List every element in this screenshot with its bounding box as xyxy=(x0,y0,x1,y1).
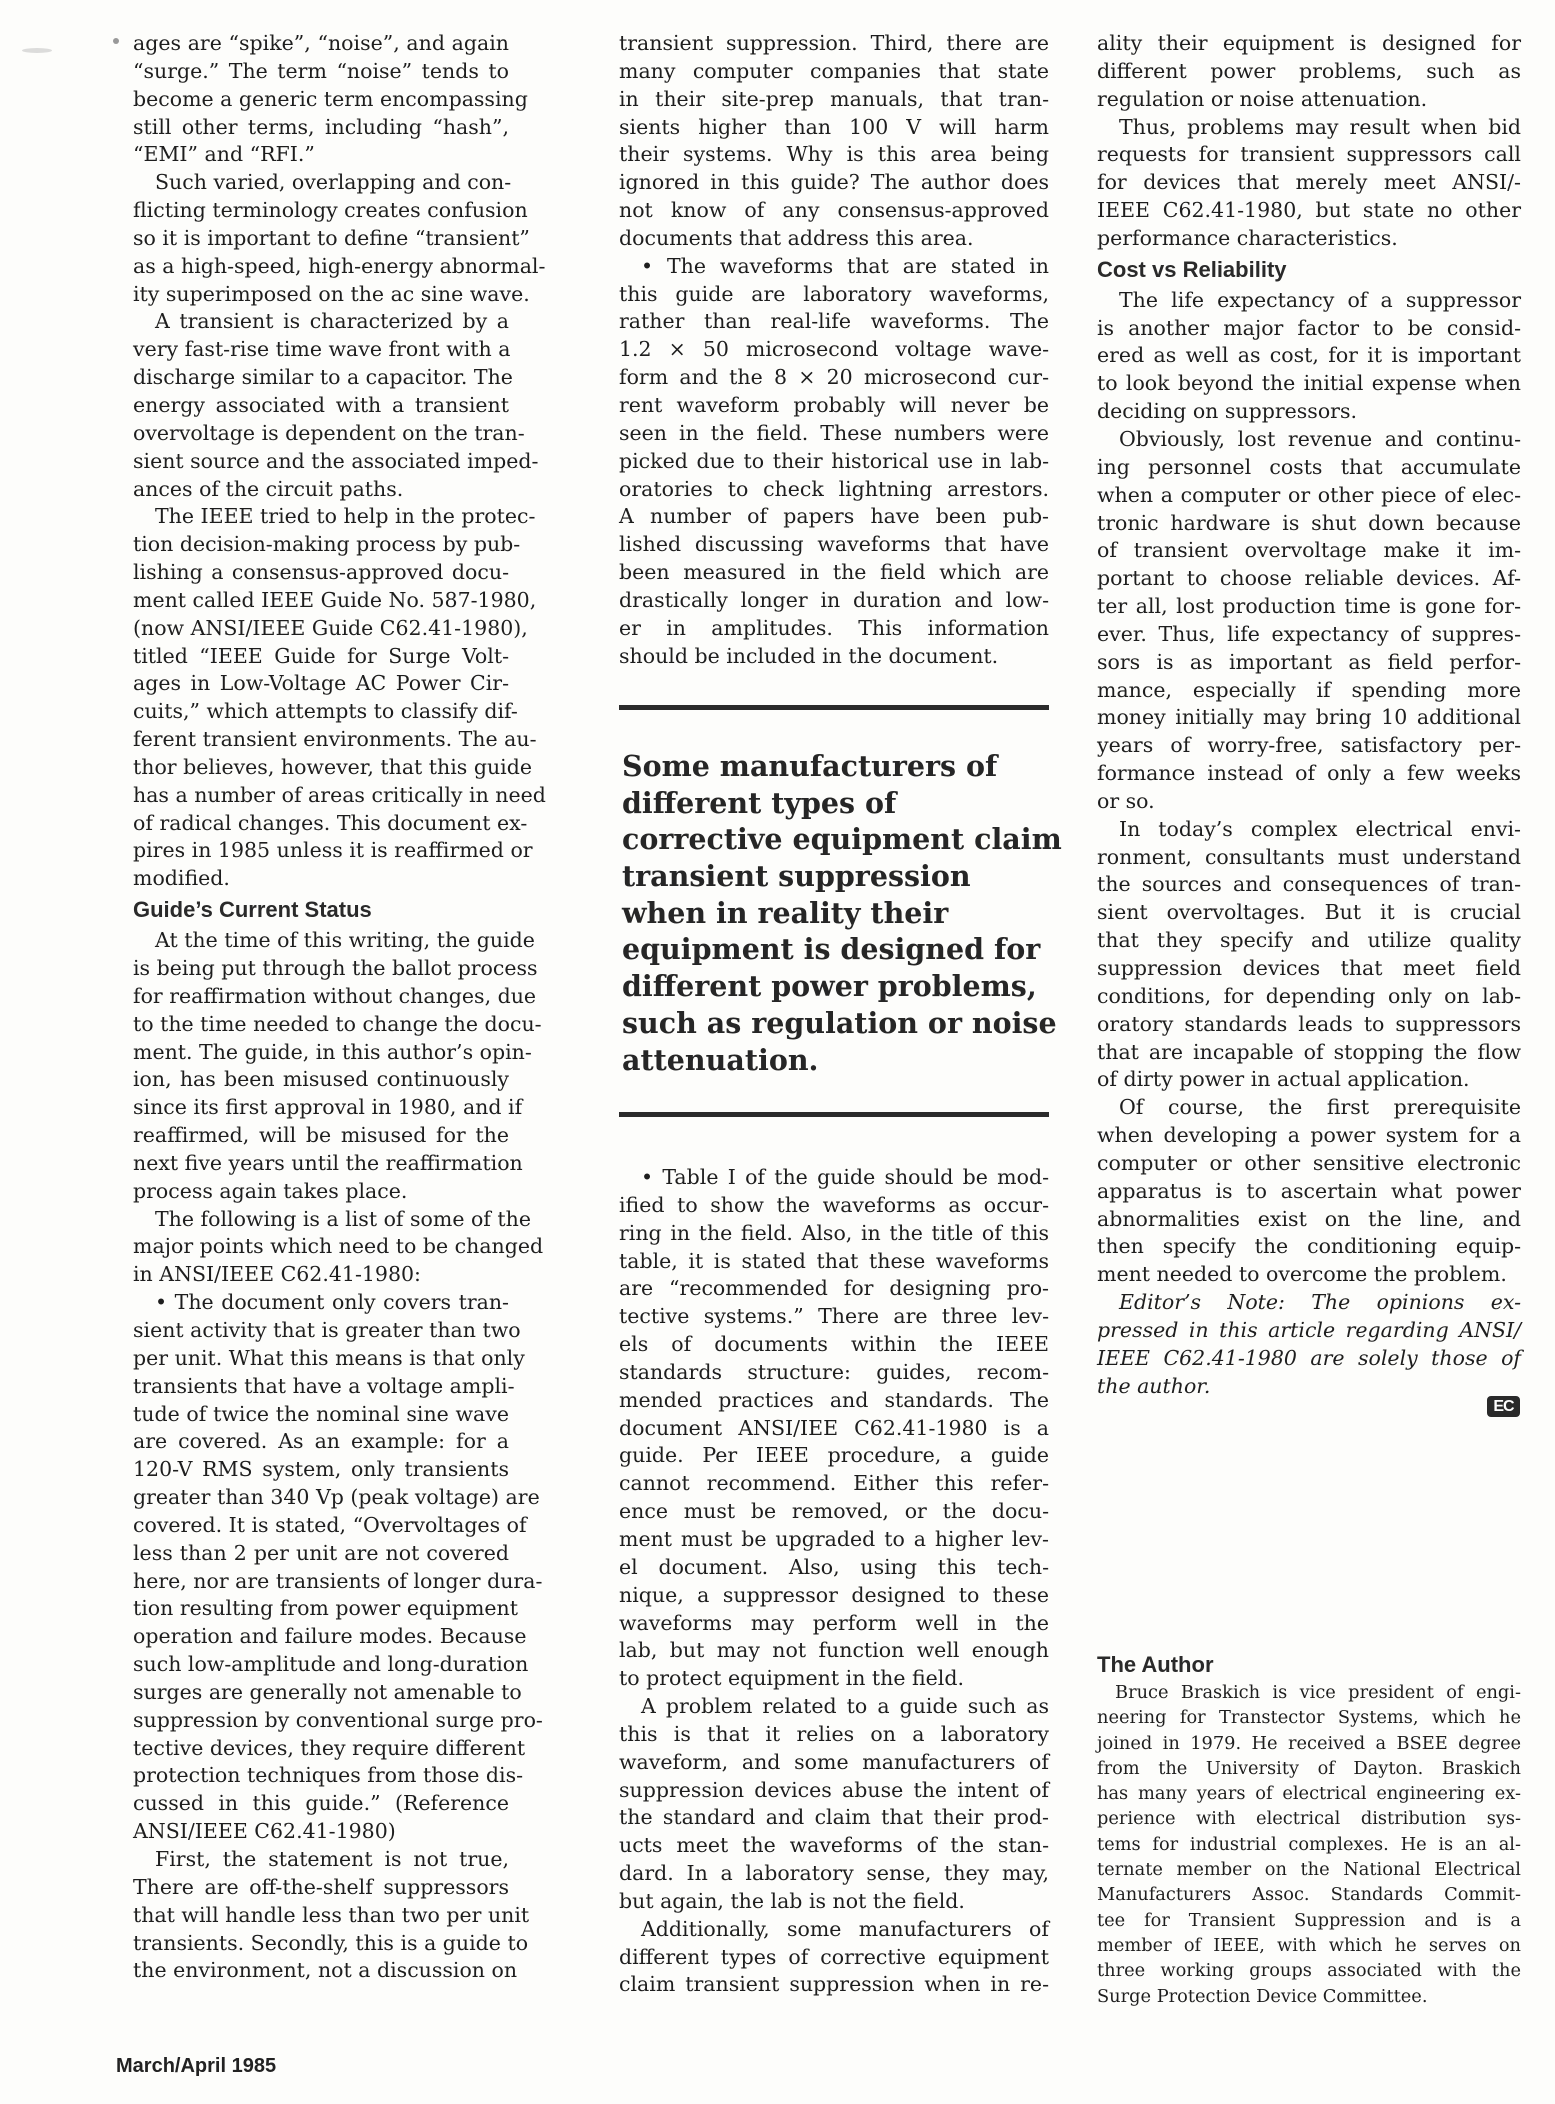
text-line: form and the 8 × 20 microsecond cur- xyxy=(619,364,1049,392)
text-line: mance, especially if spending more xyxy=(1097,677,1521,705)
text-line: surges are generally not amenable to xyxy=(133,1679,509,1707)
text-line: tective systems.” There are three lev- xyxy=(619,1303,1049,1331)
text-line: cuits,” which attempts to classify dif- xyxy=(133,698,509,726)
text-line: In today’s complex electrical envi- xyxy=(1097,816,1521,844)
scan-dot xyxy=(113,38,119,44)
text-line: this is that it relies on a laboratory xyxy=(619,1721,1049,1749)
text-line: major points which need to be changed xyxy=(133,1233,509,1261)
text-line: since its first approval in 1980, and if xyxy=(133,1094,509,1122)
text-line: mended practices and standards. The xyxy=(619,1387,1049,1415)
text-line: waveforms may perform well in the xyxy=(619,1610,1049,1638)
text-line: thor believes, however, that this guide xyxy=(133,754,509,782)
text-line: transients. Secondly, this is a guide to xyxy=(133,1930,509,1958)
text-line: ion, has been misused continuously xyxy=(133,1066,509,1094)
text-line: still other terms, including “hash”, xyxy=(133,114,509,142)
text-line: apparatus is to ascertain what power xyxy=(1097,1178,1521,1206)
text-line: Such varied, overlapping and con- xyxy=(133,169,509,197)
text-line: lished discussing waveforms that have xyxy=(619,531,1049,559)
text-line: guide. Per IEEE procedure, a guide xyxy=(619,1442,1049,1470)
text-line: of dirty power in actual application. xyxy=(1097,1066,1521,1094)
column-2-bottom: • Table I of the guide should be mod-ifi… xyxy=(619,1164,1049,1999)
text-line: not know of any consensus-approved xyxy=(619,197,1049,225)
text-line: ified to show the waveforms as occur- xyxy=(619,1192,1049,1220)
text-line: computer or other sensitive electronic xyxy=(1097,1150,1521,1178)
text-line: that they specify and utilize quality xyxy=(1097,927,1521,955)
section-heading: Cost vs Reliability xyxy=(1097,253,1521,287)
text-line: ternate member on the National Electrica… xyxy=(1097,1857,1521,1882)
text-line: drastically longer in duration and low- xyxy=(619,587,1049,615)
text-line: years of worry-free, satisfactory per- xyxy=(1097,732,1521,760)
text-line: • The document only covers tran- xyxy=(133,1289,509,1317)
pull-quote-line: transient suppression xyxy=(622,858,1052,895)
text-line: A transient is characterized by a xyxy=(133,308,509,336)
text-line: many computer companies that state xyxy=(619,58,1049,86)
text-line: sient overvoltages. But it is crucial xyxy=(1097,899,1521,927)
text-line: ages are “spike”, “noise”, and again xyxy=(133,30,509,58)
text-line: requests for transient suppressors call xyxy=(1097,141,1521,169)
text-line: pressed in this article regarding ANSI/ xyxy=(1097,1317,1521,1345)
text-line: tion resulting from power equipment xyxy=(133,1595,509,1623)
pull-quote-line: different types of xyxy=(622,785,1052,822)
text-line: oratories to check lightning arrestors. xyxy=(619,476,1049,504)
text-line: documents that address this area. xyxy=(619,225,1049,253)
pull-quote-line: attenuation. xyxy=(622,1042,1052,1079)
text-line: conditions, for depending only on lab- xyxy=(1097,983,1521,1011)
text-line: that are incapable of stopping the flow xyxy=(1097,1039,1521,1067)
text-line: titled “IEEE Guide for Surge Volt- xyxy=(133,643,509,671)
text-line: is being put through the ballot process xyxy=(133,955,509,983)
text-line: regulation or noise attenuation. xyxy=(1097,86,1521,114)
text-line: tude of twice the nominal sine wave xyxy=(133,1401,509,1429)
text-line: to look beyond the initial expense when xyxy=(1097,370,1521,398)
text-line: suppression devices that meet field xyxy=(1097,955,1521,983)
text-line: Editor’s Note: The opinions ex- xyxy=(1097,1289,1521,1317)
text-line: The following is a list of some of the xyxy=(133,1206,509,1234)
text-line: ucts meet the waveforms of the stan- xyxy=(619,1832,1049,1860)
text-line: of transient overvoltage make it im- xyxy=(1097,537,1521,565)
text-line: joined in 1979. He received a BSEE degre… xyxy=(1097,1731,1521,1756)
text-line: different power problems, such as xyxy=(1097,58,1521,86)
text-line: IEEE C62.41-1980, but state no other xyxy=(1097,197,1521,225)
text-line: when a computer or other piece of elec- xyxy=(1097,482,1521,510)
text-line: from the University of Dayton. Braskich xyxy=(1097,1756,1521,1781)
text-line: ity superimposed on the ac sine wave. xyxy=(133,281,509,309)
text-line: ment needed to overcome the problem. xyxy=(1097,1261,1521,1289)
text-line: in ANSI/IEEE C62.41-1980: xyxy=(133,1261,509,1289)
text-line: suppression devices abuse the intent of xyxy=(619,1777,1049,1805)
text-line: First, the statement is not true, xyxy=(133,1846,509,1874)
text-line: rent waveform probably will never be xyxy=(619,392,1049,420)
text-line: Additionally, some manufacturers of xyxy=(619,1916,1049,1944)
text-line: of radical changes. This document ex- xyxy=(133,810,509,838)
text-line: er in amplitudes. This information xyxy=(619,615,1049,643)
scan-smudge xyxy=(22,48,52,53)
text-line: less than 2 per unit are not covered xyxy=(133,1540,509,1568)
pull-quote-line: when in reality their xyxy=(622,895,1052,932)
text-line: ter all, lost production time is gone fo… xyxy=(1097,593,1521,621)
text-line: standards structure: guides, recom- xyxy=(619,1359,1049,1387)
text-line: for devices that merely meet ANSI/- xyxy=(1097,169,1521,197)
text-line: • The waveforms that are stated in xyxy=(619,253,1049,281)
text-line: tems for industrial complexes. He is an … xyxy=(1097,1832,1521,1857)
text-line: should be included in the document. xyxy=(619,643,1049,671)
text-line: performance characteristics. xyxy=(1097,225,1521,253)
text-line: next five years until the reaffirmation xyxy=(133,1150,509,1178)
text-line: covered. It is stated, “Overvoltages of xyxy=(133,1512,509,1540)
text-line: ances of the circuit paths. xyxy=(133,476,509,504)
text-line: The IEEE tried to help in the protec- xyxy=(133,503,509,531)
pull-quote-line: equipment is designed for xyxy=(622,931,1052,968)
author-bio: Bruce Braskich is vice president of engi… xyxy=(1097,1680,1521,2009)
text-line: such low-amplitude and long-duration xyxy=(133,1651,509,1679)
section-heading: Guide’s Current Status xyxy=(133,893,509,927)
column-1: ages are “spike”, “noise”, and again“sur… xyxy=(133,30,509,1985)
text-line: dard. In a laboratory sense, they may, xyxy=(619,1860,1049,1888)
text-line: the sources and consequences of tran- xyxy=(1097,871,1521,899)
text-line: the standard and claim that their prod- xyxy=(619,1804,1049,1832)
text-line: sors is as important as field perfor- xyxy=(1097,649,1521,677)
pull-quote: Some manufacturers ofdifferent types ofc… xyxy=(622,748,1052,1078)
text-line: when developing a power system for a xyxy=(1097,1122,1521,1150)
text-line: become a generic term encompassing xyxy=(133,86,509,114)
pull-quote-bottom-rule xyxy=(619,1112,1049,1117)
text-line: are covered. As an example: for a xyxy=(133,1428,509,1456)
text-line: has a number of areas critically in need xyxy=(133,782,509,810)
text-line: to the time needed to change the docu- xyxy=(133,1011,509,1039)
text-line: transient suppression. Third, there are xyxy=(619,30,1049,58)
text-line: A problem related to a guide such as xyxy=(619,1693,1049,1721)
pull-quote-line: different power problems, xyxy=(622,968,1052,1005)
text-line: been measured in the field which are xyxy=(619,559,1049,587)
text-line: or so. xyxy=(1097,788,1521,816)
text-line: three working groups associated with the xyxy=(1097,1958,1521,1983)
text-line: sient activity that is greater than two xyxy=(133,1317,509,1345)
text-line: Surge Protection Device Committee. xyxy=(1097,1984,1521,2009)
text-line: tective devices, they require different xyxy=(133,1735,509,1763)
text-line: formance instead of only a few weeks xyxy=(1097,760,1521,788)
text-line: ferent transient environments. The au- xyxy=(133,726,509,754)
text-line: waveform, and some manufacturers of xyxy=(619,1749,1049,1777)
text-line: At the time of this writing, the guide xyxy=(133,927,509,955)
text-line: in their site-prep manuals, that tran- xyxy=(619,86,1049,114)
text-line: tronic hardware is shut down because xyxy=(1097,510,1521,538)
text-line: lab, but may not function well enough xyxy=(619,1637,1049,1665)
text-line: this guide are laboratory waveforms, xyxy=(619,281,1049,309)
text-line: perience with electrical distribution sy… xyxy=(1097,1806,1521,1831)
text-line: energy associated with a transient xyxy=(133,392,509,420)
text-line: as a high-speed, high-energy abnormal- xyxy=(133,253,509,281)
text-line: ment. The guide, in this author’s opin- xyxy=(133,1039,509,1067)
column-2-top: transient suppression. Third, there arem… xyxy=(619,30,1049,670)
text-line: ring in the field. Also, in the title of… xyxy=(619,1220,1049,1248)
text-line: flicting terminology creates confusion xyxy=(133,197,509,225)
text-line: greater than 340 Vp (peak voltage) are xyxy=(133,1484,509,1512)
text-line: table, it is stated that these waveforms xyxy=(619,1248,1049,1276)
text-line: cussed in this guide.” (Reference xyxy=(133,1790,509,1818)
text-line: deciding on suppressors. xyxy=(1097,398,1521,426)
text-line: the environment, not a discussion on xyxy=(133,1957,509,1985)
text-line: ing personnel costs that accumulate xyxy=(1097,454,1521,482)
end-mark-logo: EC xyxy=(1487,1396,1520,1417)
text-line: here, nor are transients of longer dura- xyxy=(133,1568,509,1596)
text-line: el document. Also, using this tech- xyxy=(619,1554,1049,1582)
text-line: picked due to their historical use in la… xyxy=(619,448,1049,476)
text-line: discharge similar to a capacitor. The xyxy=(133,364,509,392)
text-line: 1.2 × 50 microsecond voltage wave- xyxy=(619,336,1049,364)
text-line: overvoltage is dependent on the tran- xyxy=(133,420,509,448)
text-line: their systems. Why is this area being xyxy=(619,141,1049,169)
text-line: ment must be upgraded to a higher lev- xyxy=(619,1526,1049,1554)
text-line: seen in the field. These numbers were xyxy=(619,420,1049,448)
pull-quote-line: Some manufacturers of xyxy=(622,748,1052,785)
text-line: process again takes place. xyxy=(133,1178,509,1206)
text-line: document ANSI/IEE C62.41-1980 is a xyxy=(619,1415,1049,1443)
text-line: ronment, consultants must understand xyxy=(1097,844,1521,872)
text-line: the author. xyxy=(1097,1373,1521,1401)
text-line: ignored in this guide? The author does xyxy=(619,169,1049,197)
text-line: (now ANSI/IEEE Guide C62.41-1980), xyxy=(133,615,509,643)
text-line: ered as well as cost, for it is importan… xyxy=(1097,342,1521,370)
text-line: tee for Transient Suppression and is a xyxy=(1097,1908,1521,1933)
text-line: 120-V RMS system, only transients xyxy=(133,1456,509,1484)
text-line: so it is important to define “transient” xyxy=(133,225,509,253)
text-line: member of IEEE, with which he serves on xyxy=(1097,1933,1521,1958)
text-line: are “recommended for designing pro- xyxy=(619,1275,1049,1303)
text-line: ality their equipment is designed for xyxy=(1097,30,1521,58)
text-line: to protect equipment in the field. xyxy=(619,1665,1049,1693)
author-heading: The Author xyxy=(1097,1650,1521,1680)
text-line: that will handle less than two per unit xyxy=(133,1902,509,1930)
text-line: There are off-the-shelf suppressors xyxy=(133,1874,509,1902)
issue-date-footer: March/April 1985 xyxy=(116,2055,276,2078)
text-line: claim transient suppression when in re- xyxy=(619,1971,1049,1999)
text-line: neering for Transtector Systems, which h… xyxy=(1097,1705,1521,1730)
text-line: transients that have a voltage ampli- xyxy=(133,1373,509,1401)
author-box: The Author Bruce Braskich is vice presid… xyxy=(1097,1650,1521,2009)
text-line: but again, the lab is not the field. xyxy=(619,1888,1049,1916)
text-line: tion decision-making process by pub- xyxy=(133,531,509,559)
text-line: protection techniques from those dis- xyxy=(133,1762,509,1790)
text-line: sient source and the associated imped- xyxy=(133,448,509,476)
text-line: different types of corrective equipment xyxy=(619,1944,1049,1972)
text-line: suppression by conventional surge pro- xyxy=(133,1707,509,1735)
text-line: nique, a suppressor designed to these xyxy=(619,1582,1049,1610)
text-line: sients higher than 100 V will harm xyxy=(619,114,1049,142)
text-line: operation and failure modes. Because xyxy=(133,1623,509,1651)
text-line: “EMI” and “RFI.” xyxy=(133,141,509,169)
text-line: ever. Thus, life expectancy of suppres- xyxy=(1097,621,1521,649)
text-line: els of documents within the IEEE xyxy=(619,1331,1049,1359)
text-line: Manufacturers Assoc. Standards Commit- xyxy=(1097,1882,1521,1907)
text-line: abnormalities exist on the line, and xyxy=(1097,1206,1521,1234)
text-line: • Table I of the guide should be mod- xyxy=(619,1164,1049,1192)
text-line: very fast-rise time wave front with a xyxy=(133,336,509,364)
text-line: portant to choose reliable devices. Af- xyxy=(1097,565,1521,593)
text-line: has many years of electrical engineering… xyxy=(1097,1781,1521,1806)
text-line: reaffirmed, will be misused for the xyxy=(133,1122,509,1150)
text-line: is another major factor to be consid- xyxy=(1097,315,1521,343)
text-line: for reaffirmation without changes, due xyxy=(133,983,509,1011)
text-line: ages in Low-Voltage AC Power Cir- xyxy=(133,670,509,698)
text-line: The life expectancy of a suppressor xyxy=(1097,287,1521,315)
pull-quote-line: corrective equipment claim xyxy=(622,821,1052,858)
text-line: rather than real-life waveforms. The xyxy=(619,308,1049,336)
text-line: money initially may bring 10 additional xyxy=(1097,704,1521,732)
text-line: Of course, the first prerequisite xyxy=(1097,1094,1521,1122)
pull-quote-line: such as regulation or noise xyxy=(622,1005,1052,1042)
column-3: ality their equipment is designed fordif… xyxy=(1097,30,1521,1401)
text-line: per unit. What this means is that only xyxy=(133,1345,509,1373)
text-line: ment called IEEE Guide No. 587-1980, xyxy=(133,587,509,615)
text-line: oratory standards leads to suppressors xyxy=(1097,1011,1521,1039)
text-line: Thus, problems may result when bid xyxy=(1097,114,1521,142)
text-line: A number of papers have been pub- xyxy=(619,503,1049,531)
text-line: lishing a consensus-approved docu- xyxy=(133,559,509,587)
pull-quote-top-rule xyxy=(619,705,1049,710)
text-line: Obviously, lost revenue and continu- xyxy=(1097,426,1521,454)
text-line: ANSI/IEEE C62.41-1980) xyxy=(133,1818,509,1846)
text-line: IEEE C62.41-1980 are solely those of xyxy=(1097,1345,1521,1373)
text-line: pires in 1985 unless it is reaffirmed or xyxy=(133,837,509,865)
text-line: cannot recommend. Either this refer- xyxy=(619,1470,1049,1498)
text-line: “surge.” The term “noise” tends to xyxy=(133,58,509,86)
text-line: Bruce Braskich is vice president of engi… xyxy=(1097,1680,1521,1705)
text-line: modified. xyxy=(133,865,509,893)
text-line: ence must be removed, or the docu- xyxy=(619,1498,1049,1526)
text-line: then specify the conditioning equip- xyxy=(1097,1233,1521,1261)
